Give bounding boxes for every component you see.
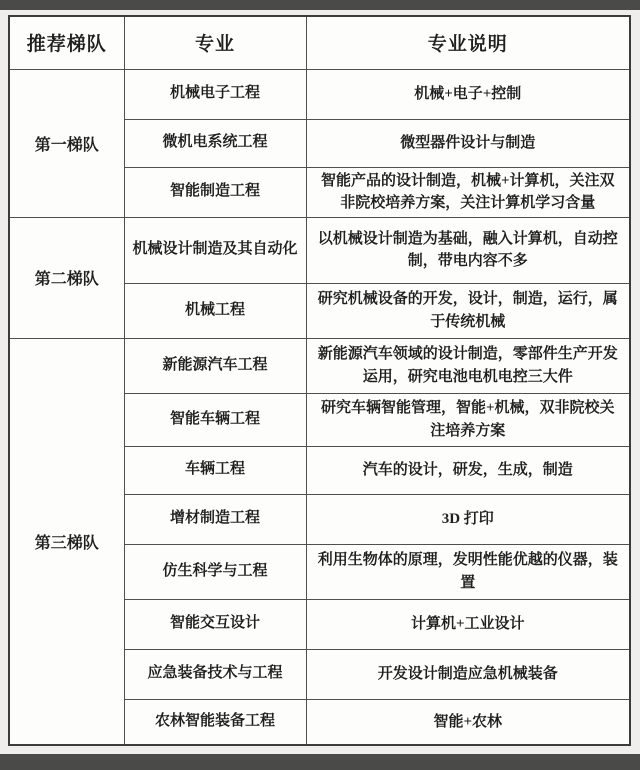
major-cell: 新能源汽车工程	[124, 338, 306, 393]
description-cell: 研究机械设备的开发，设计，制造，运行，属于传统机械	[306, 283, 630, 338]
description-cell: 研究车辆智能管理，智能+机械，双非院校关注培养方案	[306, 393, 630, 446]
major-cell: 仿生科学与工程	[124, 544, 306, 599]
description-cell: 智能+农林	[306, 699, 630, 745]
page: { "page": { "colors": { "bar": "#4a4a48"…	[0, 0, 640, 770]
description-cell: 开发设计制造应急机械装备	[306, 649, 630, 699]
bottom-bar	[0, 754, 640, 770]
major-cell: 农林智能装备工程	[124, 699, 306, 745]
major-cell: 车辆工程	[124, 446, 306, 494]
tier-3-cell: 第三梯队	[9, 338, 124, 745]
description-cell: 3D 打印	[306, 494, 630, 544]
table-header-row: 推荐梯队 专业 专业说明	[9, 16, 630, 69]
tier-1-cell: 第一梯队	[9, 69, 124, 217]
major-cell: 机械工程	[124, 283, 306, 338]
description-cell: 智能产品的设计制造，机械+计算机，关注双非院校培养方案，关注计算机学习含量	[306, 167, 630, 217]
description-cell: 利用生物体的原理，发明性能优越的仪器，装置	[306, 544, 630, 599]
major-cell: 智能制造工程	[124, 167, 306, 217]
table-row: 第三梯队 新能源汽车工程 新能源汽车领域的设计制造，零部件生产开发运用，研究电池…	[9, 338, 630, 393]
table-row: 第二梯队 机械设计制造及其自动化 以机械设计制造为基础，融入计算机，自动控制，带…	[9, 217, 630, 283]
major-cell: 智能车辆工程	[124, 393, 306, 446]
description-cell: 微型器件设计与制造	[306, 119, 630, 167]
description-cell: 以机械设计制造为基础，融入计算机，自动控制，带电内容不多	[306, 217, 630, 283]
table-row: 第一梯队 机械电子工程 机械+电子+控制	[9, 69, 630, 119]
description-cell: 机械+电子+控制	[306, 69, 630, 119]
major-cell: 机械电子工程	[124, 69, 306, 119]
top-bar	[0, 0, 640, 10]
major-cell: 智能交互设计	[124, 599, 306, 649]
header-tier: 推荐梯队	[9, 16, 124, 69]
header-major: 专业	[124, 16, 306, 69]
majors-table: 推荐梯队 专业 专业说明 第一梯队 机械电子工程 机械+电子+控制 微机电系统工…	[8, 15, 631, 746]
major-cell: 机械设计制造及其自动化	[124, 217, 306, 283]
tier-2-cell: 第二梯队	[9, 217, 124, 338]
description-cell: 计算机+工业设计	[306, 599, 630, 649]
description-cell: 新能源汽车领域的设计制造，零部件生产开发运用，研究电池电机电控三大件	[306, 338, 630, 393]
major-cell: 微机电系统工程	[124, 119, 306, 167]
header-description: 专业说明	[306, 16, 630, 69]
major-cell: 应急装备技术与工程	[124, 649, 306, 699]
major-cell: 增材制造工程	[124, 494, 306, 544]
description-cell: 汽车的设计，研发，生成，制造	[306, 446, 630, 494]
